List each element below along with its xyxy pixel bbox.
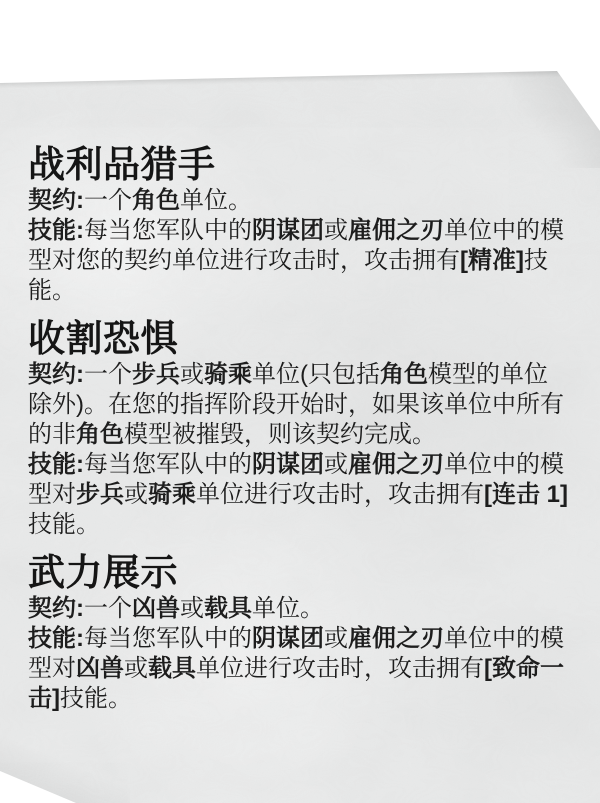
keyword-bold: 契约: (28, 361, 84, 388)
page-root: 战利品猎手契约:一个角色单位。技能:每当您军队中的阴谋团或雇佣之刃单位中的模型对… (0, 0, 600, 803)
keyword-bold: 骑乘 (148, 481, 196, 508)
text-run: 单位中的模 (444, 625, 564, 652)
text-run: 或 (124, 481, 148, 508)
keyword-bold: 步兵 (132, 361, 180, 388)
rule-paragraph: 技能:每当您军队中的阴谋团或雇佣之刃单位中的模型对凶兽或载具单位进行攻击时，攻击… (28, 624, 586, 714)
text-run: 一个 (84, 595, 132, 622)
keyword-bold: 载具 (204, 595, 252, 622)
text-run: 单位(只包括 (252, 361, 380, 388)
text-line: 击]技能。 (28, 684, 586, 714)
text-line: 契约:一个步兵或骑乘单位(只包括角色模型的单位 (28, 360, 586, 390)
keyword-bold: 雇佣之刃 (348, 217, 444, 244)
keyword-bold: 载具 (148, 655, 196, 682)
rule-paragraph: 契约:一个凶兽或载具单位。 (28, 594, 586, 624)
keyword-bold: 雇佣之刃 (348, 451, 444, 478)
text-line: 型对凶兽或载具单位进行攻击时，攻击拥有[致命一 (28, 654, 586, 684)
text-run: 模型的单位 (428, 361, 548, 388)
text-run: 型对 (28, 481, 76, 508)
text-run: 或 (124, 655, 148, 682)
text-run: 型对 (28, 655, 76, 682)
keyword-bold: 契约: (28, 595, 84, 622)
section-title: 战利品猎手 (28, 144, 586, 186)
text-run: 除外)。在您的指挥阶段开始时，如果该单位中所有 (28, 391, 564, 418)
text-run: 每当您军队中的 (84, 217, 252, 244)
keyword-bold: 凶兽 (76, 655, 124, 682)
text-run: 单位。 (180, 187, 252, 214)
text-run: 技能。 (28, 511, 100, 538)
rule-paragraph: 契约:一个角色单位。 (28, 186, 586, 216)
rule-section: 收割恐惧契约:一个步兵或骑乘单位(只包括角色模型的单位除外)。在您的指挥阶段开始… (28, 318, 586, 540)
text-run: 模型被摧毁，则该契约完成。 (124, 421, 436, 448)
text-run: 或 (324, 625, 348, 652)
text-run: 单位中的模 (444, 217, 564, 244)
keyword-bold: 阴谋团 (252, 625, 324, 652)
keyword-bold: [连击 1] (484, 481, 568, 508)
text-run: 技 (524, 247, 548, 274)
text-run: 的非 (28, 421, 76, 448)
text-line: 能。 (28, 276, 586, 306)
keyword-bold: 角色 (132, 187, 180, 214)
keyword-bold: 阴谋团 (252, 451, 324, 478)
text-run: 能。 (28, 277, 76, 304)
text-run: 或 (180, 361, 204, 388)
text-run: 或 (324, 217, 348, 244)
keyword-bold: 技能: (28, 451, 84, 478)
text-run: 单位进行攻击时，攻击拥有 (196, 655, 484, 682)
rule-paragraph: 技能:每当您军队中的阴谋团或雇佣之刃单位中的模型对您的契约单位进行攻击时，攻击拥… (28, 216, 586, 306)
text-line: 技能:每当您军队中的阴谋团或雇佣之刃单位中的模 (28, 450, 586, 480)
keyword-bold: 凶兽 (132, 595, 180, 622)
text-run: 单位中的模 (444, 451, 564, 478)
text-run: 型对您的契约单位进行攻击时，攻击拥有 (28, 247, 460, 274)
text-run: 技能。 (60, 685, 132, 712)
keyword-bold: 雇佣之刃 (348, 625, 444, 652)
text-line: 契约:一个凶兽或载具单位。 (28, 594, 586, 624)
keyword-bold: [精准] (460, 247, 524, 274)
text-line: 型对您的契约单位进行攻击时，攻击拥有[精准]技 (28, 246, 586, 276)
keyword-bold: 步兵 (76, 481, 124, 508)
keyword-bold: 契约: (28, 187, 84, 214)
text-line: 除外)。在您的指挥阶段开始时，如果该单位中所有 (28, 390, 586, 420)
keyword-bold: 阴谋团 (252, 217, 324, 244)
keyword-bold: 技能: (28, 217, 84, 244)
text-line: 技能。 (28, 510, 586, 540)
keyword-bold: [致命一 (484, 655, 564, 682)
keyword-bold: 击] (28, 685, 60, 712)
keyword-bold: 技能: (28, 625, 84, 652)
text-run: 或 (324, 451, 348, 478)
text-run: 或 (180, 595, 204, 622)
rules-text: 战利品猎手契约:一个角色单位。技能:每当您军队中的阴谋团或雇佣之刃单位中的模型对… (28, 144, 586, 714)
keyword-bold: 角色 (76, 421, 124, 448)
text-line: 型对步兵或骑乘单位进行攻击时，攻击拥有[连击 1] (28, 480, 586, 510)
section-title: 武力展示 (28, 552, 586, 594)
text-line: 技能:每当您军队中的阴谋团或雇佣之刃单位中的模 (28, 216, 586, 246)
text-run: 每当您军队中的 (84, 625, 252, 652)
rule-section: 武力展示契约:一个凶兽或载具单位。技能:每当您军队中的阴谋团或雇佣之刃单位中的模… (28, 552, 586, 714)
text-run: 单位。 (252, 595, 324, 622)
text-run: 每当您军队中的 (84, 451, 252, 478)
keyword-bold: 角色 (380, 361, 428, 388)
text-run: 一个 (84, 361, 132, 388)
folded-corner-shadow-bottom-left (0, 723, 130, 803)
text-line: 的非角色模型被摧毁，则该契约完成。 (28, 420, 586, 450)
text-line: 技能:每当您军队中的阴谋团或雇佣之刃单位中的模 (28, 624, 586, 654)
text-line: 契约:一个角色单位。 (28, 186, 586, 216)
rule-paragraph: 技能:每当您军队中的阴谋团或雇佣之刃单位中的模型对步兵或骑乘单位进行攻击时，攻击… (28, 450, 586, 540)
rule-section: 战利品猎手契约:一个角色单位。技能:每当您军队中的阴谋团或雇佣之刃单位中的模型对… (28, 144, 586, 306)
rule-paragraph: 契约:一个步兵或骑乘单位(只包括角色模型的单位除外)。在您的指挥阶段开始时，如果… (28, 360, 586, 450)
text-run: 单位进行攻击时，攻击拥有 (196, 481, 484, 508)
text-run: 一个 (84, 187, 132, 214)
section-title: 收割恐惧 (28, 318, 586, 360)
keyword-bold: 骑乘 (204, 361, 252, 388)
